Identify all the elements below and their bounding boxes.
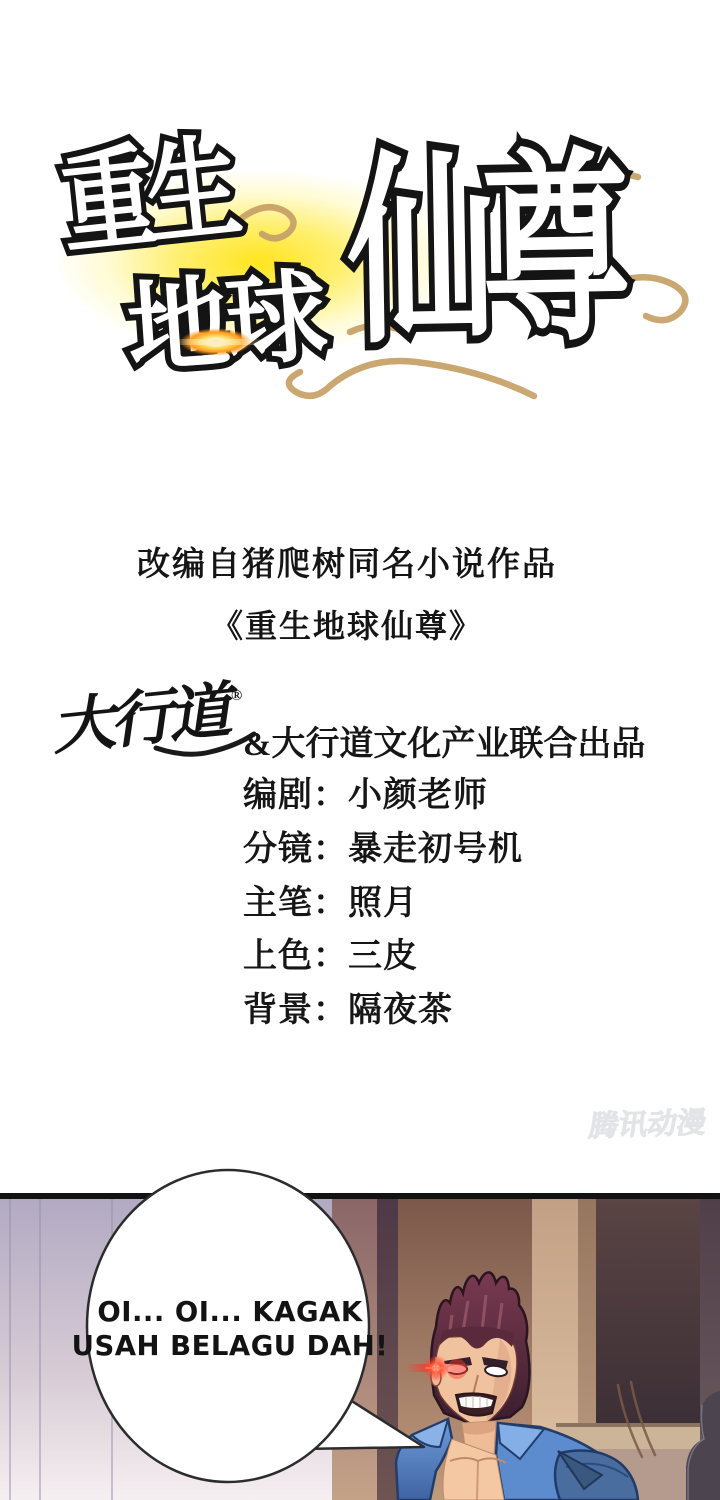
staff-role: 上色	[243, 938, 313, 975]
staff-row-colorist: 上色：三皮	[243, 930, 523, 984]
staff-name: 暴走初号机	[348, 831, 523, 868]
snarling-mouth	[456, 1393, 496, 1415]
registered-trademark-icon: ®	[231, 688, 242, 705]
staff-separator: ：	[313, 777, 348, 814]
comic-panel: OI... OI... KAGAK USAH BELAGU DAH!	[0, 1155, 720, 1500]
staff-name: 隔夜茶	[348, 992, 453, 1029]
staff-list: 编剧：小颜老师 分镜：暴走初号机 主笔：照月 上色：三皮 背景：隔夜茶	[243, 769, 523, 1038]
staff-role: 分镜	[243, 831, 313, 868]
staff-role: 背景	[243, 992, 313, 1029]
staff-role: 主笔	[243, 885, 313, 922]
staff-name: 小颜老师	[348, 777, 488, 814]
adaptation-line-1: 改编自猪爬树同名小说作品	[0, 538, 707, 585]
comic-page: 重生 重生 地球 地球 仙尊 仙尊 改编自猪爬树同名小说作品 《重生地球仙尊》 …	[0, 0, 720, 1500]
speech-bubble-line-2: USAH BELAGU DAH!	[72, 1330, 389, 1362]
title-word1-fill: 重生	[56, 132, 238, 261]
staff-row-screenwriter: 编剧：小颜老师	[243, 769, 523, 823]
adaptation-line-2: 《重生地球仙尊》	[0, 601, 707, 647]
speech-bubble-line-1: OI... OI... KAGAK	[97, 1296, 363, 1328]
staff-row-background: 背景：隔夜茶	[243, 984, 523, 1038]
staff-separator: ：	[313, 885, 348, 922]
staff-separator: ：	[313, 938, 348, 975]
adaptation-credit: 改编自猪爬树同名小说作品 《重生地球仙尊》	[0, 538, 707, 647]
staff-separator: ：	[313, 831, 348, 868]
producer-credit-text: &大行道文化产业联合出品	[243, 716, 645, 765]
staff-name: 三皮	[348, 938, 418, 975]
title-word3-fill: 仙尊	[346, 147, 619, 357]
staff-row-storyboard: 分镜：暴走初号机	[243, 823, 523, 877]
staff-separator: ：	[313, 992, 348, 1029]
lens-flare	[170, 322, 266, 362]
panel-border-line	[0, 1193, 720, 1199]
staff-role: 编剧	[243, 777, 313, 814]
staff-name: 照月	[348, 885, 418, 922]
staff-row-lead-artist: 主笔：照月	[243, 877, 523, 931]
tencent-comics-watermark: 腾讯动漫	[587, 1100, 709, 1145]
